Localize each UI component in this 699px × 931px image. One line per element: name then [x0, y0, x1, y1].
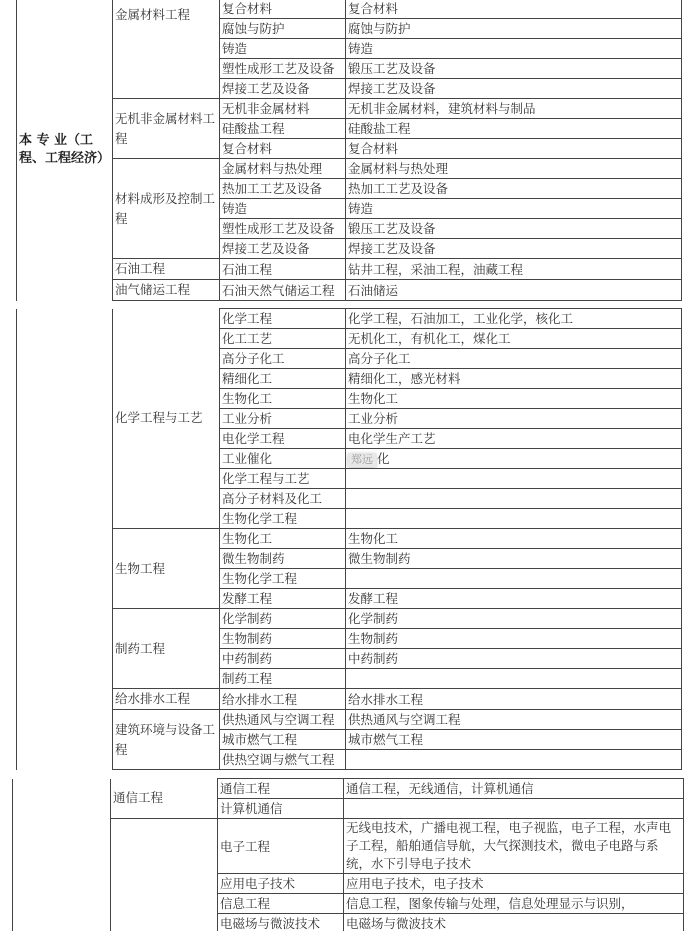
new-major: 生物化工: [220, 529, 346, 549]
old-major: 化学制药: [346, 609, 682, 629]
new-major: 铸造: [220, 199, 346, 219]
major-mapping-table-1: 本 专 业（工程、工程经济） 金属材料工程 复合材料 复合材料 腐蚀与防护 腐蚀…: [16, 0, 682, 301]
old-major: [346, 469, 682, 489]
new-major: 无机非金属材料: [220, 99, 346, 119]
table-row: 生物工程 生物化工 生物化工: [17, 529, 682, 549]
category-cell-blank: [17, 309, 113, 770]
group-name: 制药工程: [113, 609, 220, 689]
old-major: 生物化工: [346, 389, 682, 409]
new-major: 微生物制药: [220, 549, 346, 569]
table-row: 无机非金属材料工程 无机非金属材料 无机非金属材料，建筑材料与制品: [17, 99, 682, 119]
new-major: 焊接工艺及设备: [220, 239, 346, 259]
old-major: 腐蚀与防护: [346, 19, 682, 39]
new-major: 焊接工艺及设备: [220, 79, 346, 99]
group-name: 生物工程: [113, 529, 220, 609]
old-major: 中药制药: [346, 649, 682, 669]
old-major: 电磁场与微波技术: [344, 914, 684, 931]
table-row: 给水排水工程 给水排水工程 给水排水工程: [17, 689, 682, 710]
new-major: 化学工程: [220, 309, 346, 329]
new-major: 制药工程: [220, 669, 346, 689]
new-major: 生物制药: [220, 629, 346, 649]
table-row: 通信工程 通信工程 通信工程，无线通信，计算机通信: [13, 779, 684, 799]
old-major: 复合材料: [346, 139, 682, 159]
new-major: 化学工程与工艺: [220, 469, 346, 489]
new-major: 应用电子技术: [218, 874, 344, 894]
new-major: 化工工艺: [220, 329, 346, 349]
old-major: 通信工程，无线通信，计算机通信: [344, 779, 684, 799]
new-major: 塑性成形工艺及设备: [220, 219, 346, 239]
new-major: 生物化工: [220, 389, 346, 409]
old-major: 电化学生产工艺: [346, 429, 682, 449]
old-major: 生物化工: [346, 529, 682, 549]
old-major: [346, 750, 682, 770]
old-major: 城市燃气工程: [346, 730, 682, 750]
watermark-overlay: 郑远: [348, 453, 376, 467]
new-major: 精细化工: [220, 369, 346, 389]
new-major: 供热通风与空调工程: [220, 710, 346, 730]
old-major: 微生物制药: [346, 549, 682, 569]
old-major: 精细化工，感光材料: [346, 369, 682, 389]
old-major: 复合材料: [346, 0, 682, 19]
new-major: 石油天然气储运工程: [220, 280, 346, 301]
category-cell: 本 专 业（工程、工程经济）: [17, 0, 113, 301]
group-name: 油气储运工程: [113, 280, 220, 301]
new-major: 给水排水工程: [220, 689, 346, 710]
new-major: 石油工程: [220, 259, 346, 280]
old-major: 热加工工艺及设备: [346, 179, 682, 199]
new-major: 塑性成形工艺及设备: [220, 59, 346, 79]
table-section-chemical: 化学工程与工艺 化学工程 化学工程，石油加工，工业化学，核化工 化工工艺 无机化…: [16, 308, 682, 770]
old-major: 供热通风与空调工程: [346, 710, 682, 730]
table-row: 石油工程 石油工程 钻井工程，采油工程，油藏工程: [17, 259, 682, 280]
new-major: 城市燃气工程: [220, 730, 346, 750]
old-major: 给水排水工程: [346, 689, 682, 710]
old-major: 钻井工程，采油工程，油藏工程: [346, 259, 682, 280]
old-major: 发酵工程: [346, 589, 682, 609]
table-section-materials: 本 专 业（工程、工程经济） 金属材料工程 复合材料 复合材料 腐蚀与防护 腐蚀…: [16, 0, 682, 301]
old-major: 石油储运: [346, 280, 682, 301]
new-major: 计算机通信: [218, 799, 344, 819]
old-major: 焊接工艺及设备: [346, 79, 682, 99]
new-major: 高分子材料及化工: [220, 489, 346, 509]
new-major: 电化学工程: [220, 429, 346, 449]
new-major: 复合材料: [220, 0, 346, 19]
group-name: 化学工程与工艺: [113, 309, 220, 529]
new-major: 金属材料与热处理: [220, 159, 346, 179]
group-name: 给水排水工程: [113, 689, 220, 710]
group-name: 材料成形及控制工程: [113, 159, 220, 259]
new-major: 腐蚀与防护: [220, 19, 346, 39]
old-major: 生物制药: [346, 629, 682, 649]
old-major-text: 化: [377, 451, 390, 466]
table-row: 制药工程 化学制药 化学制药: [17, 609, 682, 629]
group-name: [111, 819, 218, 931]
new-major: 中药制药: [220, 649, 346, 669]
new-major: 工业催化: [220, 449, 346, 469]
new-major: 信息工程: [218, 894, 344, 914]
category-cell-blank: [13, 779, 111, 931]
old-major: 金属材料与热处理: [346, 159, 682, 179]
new-major: 电子工程: [218, 819, 344, 874]
old-major: 无机化工，有机化工，煤化工: [346, 329, 682, 349]
old-major: 锻压工艺及设备: [346, 59, 682, 79]
old-major: 铸造: [346, 199, 682, 219]
table-section-electronics: 通信工程 通信工程 通信工程，无线通信，计算机通信 计算机通信 电子工程 无线电…: [12, 778, 684, 931]
new-major: 复合材料: [220, 139, 346, 159]
new-major: 生物化学工程: [220, 569, 346, 589]
group-name: 金属材料工程: [113, 0, 220, 99]
group-name: 石油工程: [113, 259, 220, 280]
old-major: [344, 799, 684, 819]
new-major: 供热空调与燃气工程: [220, 750, 346, 770]
new-major: 生物化学工程: [220, 509, 346, 529]
new-major: 工业分析: [220, 409, 346, 429]
group-name: 通信工程: [111, 779, 218, 819]
new-major: 铸造: [220, 39, 346, 59]
old-major: 铸造: [346, 39, 682, 59]
old-major: [346, 509, 682, 529]
old-major: 无线电技术，广播电视工程，电子视监，电子工程，水声电子工程，船舶通信导航，大气探…: [344, 819, 684, 874]
old-major: [346, 569, 682, 589]
group-name: 无机非金属材料工程: [113, 99, 220, 159]
table-row: 本 专 业（工程、工程经济） 金属材料工程 复合材料 复合材料: [17, 0, 682, 19]
old-major: [346, 489, 682, 509]
new-major: 电磁场与微波技术: [218, 914, 344, 931]
group-name: 建筑环境与设备工程: [113, 710, 220, 770]
old-major: 化学工程，石油加工，工业化学，核化工: [346, 309, 682, 329]
old-major: 锻压工艺及设备: [346, 219, 682, 239]
table-row: 材料成形及控制工程 金属材料与热处理 金属材料与热处理: [17, 159, 682, 179]
old-major: 应用电子技术，电子技术: [344, 874, 684, 894]
new-major: 硅酸盐工程: [220, 119, 346, 139]
old-major: 焊接工艺及设备: [346, 239, 682, 259]
old-major: 高分子化工: [346, 349, 682, 369]
table-row: 电子工程 无线电技术，广播电视工程，电子视监，电子工程，水声电子工程，船舶通信导…: [13, 819, 684, 874]
old-major: 信息工程，图象传输与处理，信息处理显示与识别，: [344, 894, 684, 914]
new-major: 化学制药: [220, 609, 346, 629]
old-major: 无机非金属材料，建筑材料与制品: [346, 99, 682, 119]
old-major: 硅酸盐工程: [346, 119, 682, 139]
old-major: 工业分析: [346, 409, 682, 429]
old-major: 郑远化: [346, 449, 682, 469]
new-major: 发酵工程: [220, 589, 346, 609]
major-mapping-table-2: 化学工程与工艺 化学工程 化学工程，石油加工，工业化学，核化工 化工工艺 无机化…: [16, 308, 682, 770]
table-row: 化学工程与工艺 化学工程 化学工程，石油加工，工业化学，核化工: [17, 309, 682, 329]
major-mapping-table-3: 通信工程 通信工程 通信工程，无线通信，计算机通信 计算机通信 电子工程 无线电…: [12, 778, 684, 931]
table-row: 油气储运工程 石油天然气储运工程 石油储运: [17, 280, 682, 301]
old-major: [346, 669, 682, 689]
new-major: 高分子化工: [220, 349, 346, 369]
table-row: 建筑环境与设备工程 供热通风与空调工程 供热通风与空调工程: [17, 710, 682, 730]
new-major: 通信工程: [218, 779, 344, 799]
new-major: 热加工工艺及设备: [220, 179, 346, 199]
